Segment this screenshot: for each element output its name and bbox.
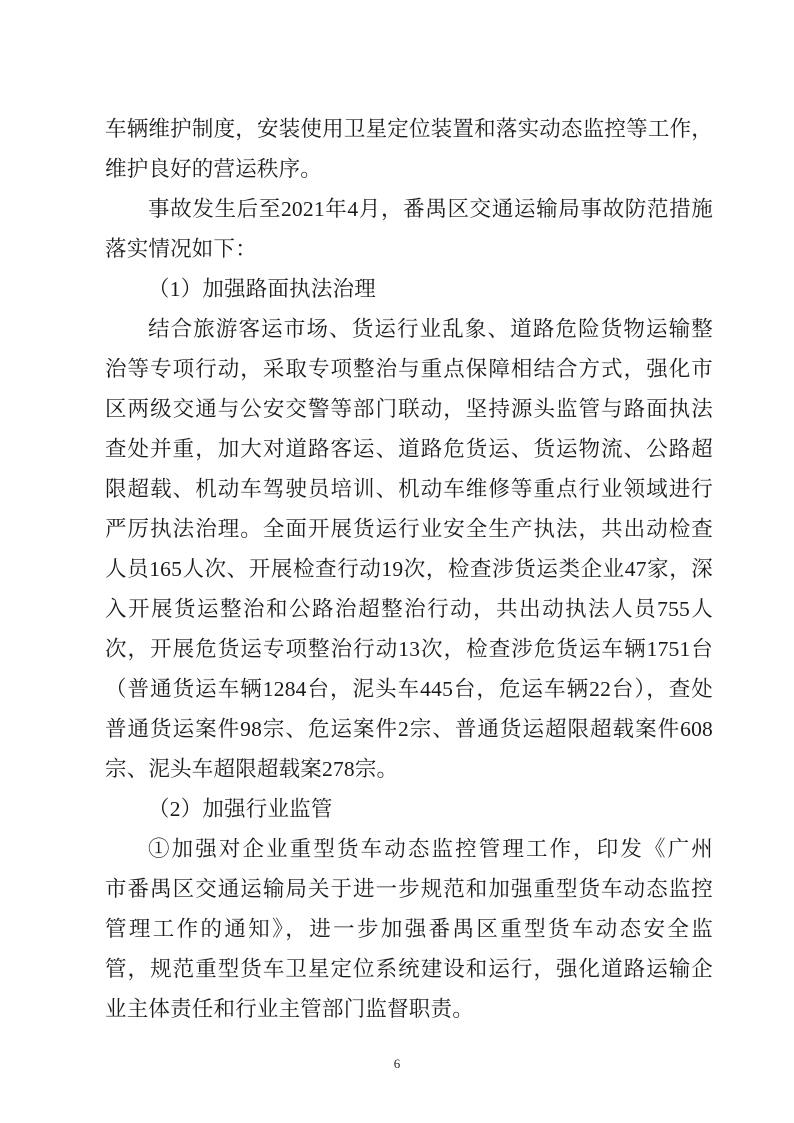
- text-line: 入开展货运整治和公路治超整治行动，共出动执法人员755人: [105, 589, 713, 629]
- text-line: 事故发生后至2021年4月，番禺区交通运输局事故防范措施: [105, 189, 713, 229]
- text-line: 管，规范重型货车卫星定位系统建设和运行，强化道路运输企: [105, 949, 713, 989]
- text-line: 维护良好的营运秩序。: [105, 149, 713, 189]
- text-line: 限超载、机动车驾驶员培训、机动车维修等重点行业领域进行: [105, 469, 713, 509]
- text-line: 次，开展危货运专项整治行动13次，检查涉危货运车辆1751台: [105, 629, 713, 669]
- text-line: （2）加强行业监管: [105, 789, 713, 829]
- text-line: ①加强对企业重型货车动态监控管理工作，印发《广州: [105, 829, 713, 869]
- text-line: （普通货运车辆1284台，泥头车445台，危运车辆22台），查处: [105, 669, 713, 709]
- text-line: 管理工作的通知》，进一步加强番禺区重型货车动态安全监: [105, 909, 713, 949]
- text-line: 区两级交通与公安交警等部门联动，坚持源头监管与路面执法: [105, 389, 713, 429]
- text-line: 人员165人次、开展检查行动19次，检查涉货运类企业47家，深: [105, 549, 713, 589]
- page-number: 6: [0, 1056, 794, 1072]
- text-line: 落实情况如下：: [105, 229, 713, 269]
- document-page: 车辆维护制度，安装使用卫星定位装置和落实动态监控等工作，维护良好的营运秩序。事故…: [0, 0, 794, 1123]
- text-line: 普通货运案件98宗、危运案件2宗、普通货运超限超载案件608: [105, 709, 713, 749]
- text-line: 市番禺区交通运输局关于进一步规范和加强重型货车动态监控: [105, 869, 713, 909]
- text-line: 车辆维护制度，安装使用卫星定位装置和落实动态监控等工作，: [105, 109, 713, 149]
- text-line: 宗、泥头车超限超载案278宗。: [105, 749, 713, 789]
- text-line: （1）加强路面执法治理: [105, 269, 713, 309]
- text-line: 严厉执法治理。全面开展货运行业安全生产执法，共出动检查: [105, 509, 713, 549]
- document-body: 车辆维护制度，安装使用卫星定位装置和落实动态监控等工作，维护良好的营运秩序。事故…: [105, 109, 713, 1029]
- text-line: 查处并重，加大对道路客运、道路危货运、货运物流、公路超: [105, 429, 713, 469]
- text-line: 治等专项行动，采取专项整治与重点保障相结合方式，强化市: [105, 349, 713, 389]
- text-line: 结合旅游客运市场、货运行业乱象、道路危险货物运输整: [105, 309, 713, 349]
- text-line: 业主体责任和行业主管部门监督职责。: [105, 989, 713, 1029]
